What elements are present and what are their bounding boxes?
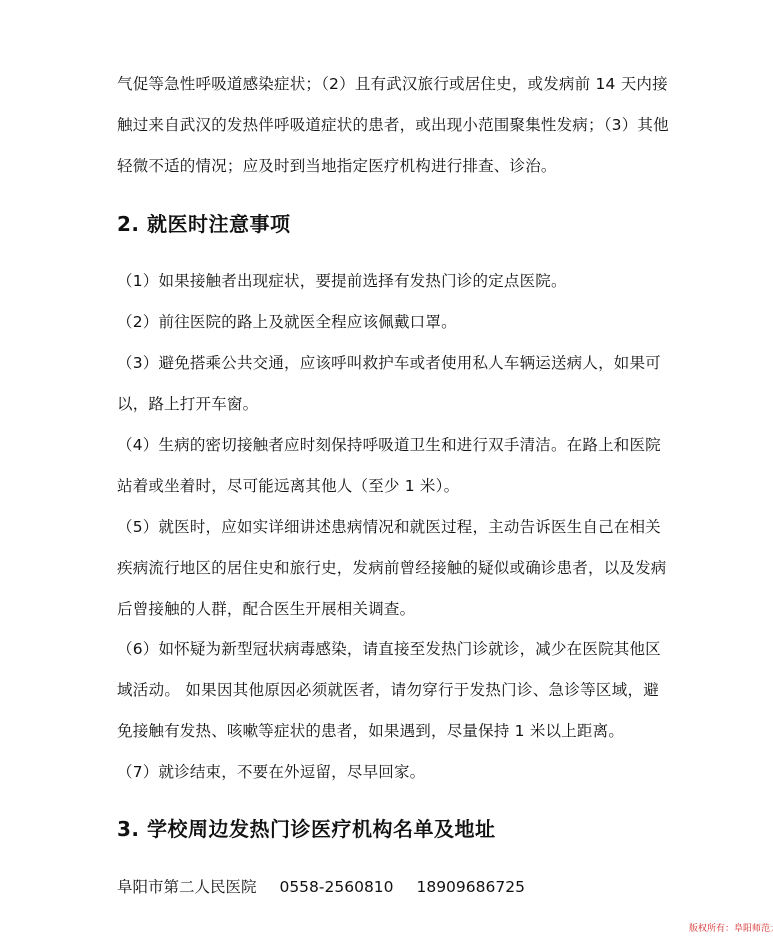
list-item-4: （4）生病的密切接触者应时刻保持呼吸道卫生和进行双手清洁。在路上和医院 xyxy=(117,435,659,455)
list-item-5: （5）就医时，应如实详细讲述患病情况和就医过程，主动告诉医生自己在相关 xyxy=(117,517,659,537)
paragraph-line: 轻微不适的情况；应及时到当地指定医疗机构进行排查、诊治。 xyxy=(117,156,659,176)
list-item-3: （3）避免搭乘公共交通，应该呼叫救护车或者使用私人车辆运送病人，如果可 xyxy=(117,353,659,373)
paragraph-line: 触过来自武汉的发热伴呼吸道症状的患者，或出现小范围聚集性发病；（3）其他 xyxy=(117,115,659,135)
copyright-watermark: 版权所有：阜阳师范大学 xyxy=(689,923,773,935)
list-item-5-cont: 后曾接触的人群，配合医生开展相关调查。 xyxy=(117,599,659,619)
list-item-2: （2）前往医院的路上及就医全程应该佩戴口罩。 xyxy=(117,312,659,332)
list-item-5-cont: 疾病流行地区的居住史和旅行史，发病前曾经接触的疑似或确诊患者，以及发病 xyxy=(117,558,659,578)
hospital-name: 阜阳市第二人民医院 xyxy=(117,878,257,896)
paragraph-line: 气促等急性呼吸道感染症状；（2）且有武汉旅行或居住史，或发病前 14 天内接 xyxy=(117,74,659,94)
hospital-phone: 0558-2560810 xyxy=(279,878,393,896)
list-item-7: （7）就诊结束，不要在外逗留，尽早回家。 xyxy=(117,762,659,782)
hospital-contact-row: 阜阳市第二人民医院 0558-2560810 18909686725 xyxy=(117,877,543,897)
section-heading-3: 3. 学校周边发热门诊医疗机构名单及地址 xyxy=(117,817,495,841)
list-item-6: （6）如怀疑为新型冠状病毒感染，请直接至发热门诊就诊，减少在医院其他区 xyxy=(117,639,659,659)
list-item-1: （1）如果接触者出现症状，要提前选择有发热门诊的定点医院。 xyxy=(117,271,659,291)
section-heading-2: 2. 就医时注意事项 xyxy=(117,212,290,236)
list-item-6-cont: 免接触有发热、咳嗽等症状的患者，如果遇到，尽量保持 1 米以上距离。 xyxy=(117,721,659,741)
list-item-6-cont: 域活动。 如果因其他原因必须就医者，请勿穿行于发热门诊、急诊等区域，避 xyxy=(117,680,659,700)
list-item-4-cont: 站着或坐着时，尽可能远离其他人（至少 1 米）。 xyxy=(117,476,659,496)
hospital-mobile: 18909686725 xyxy=(416,878,524,896)
list-item-3-cont: 以，路上打开车窗。 xyxy=(117,394,659,414)
